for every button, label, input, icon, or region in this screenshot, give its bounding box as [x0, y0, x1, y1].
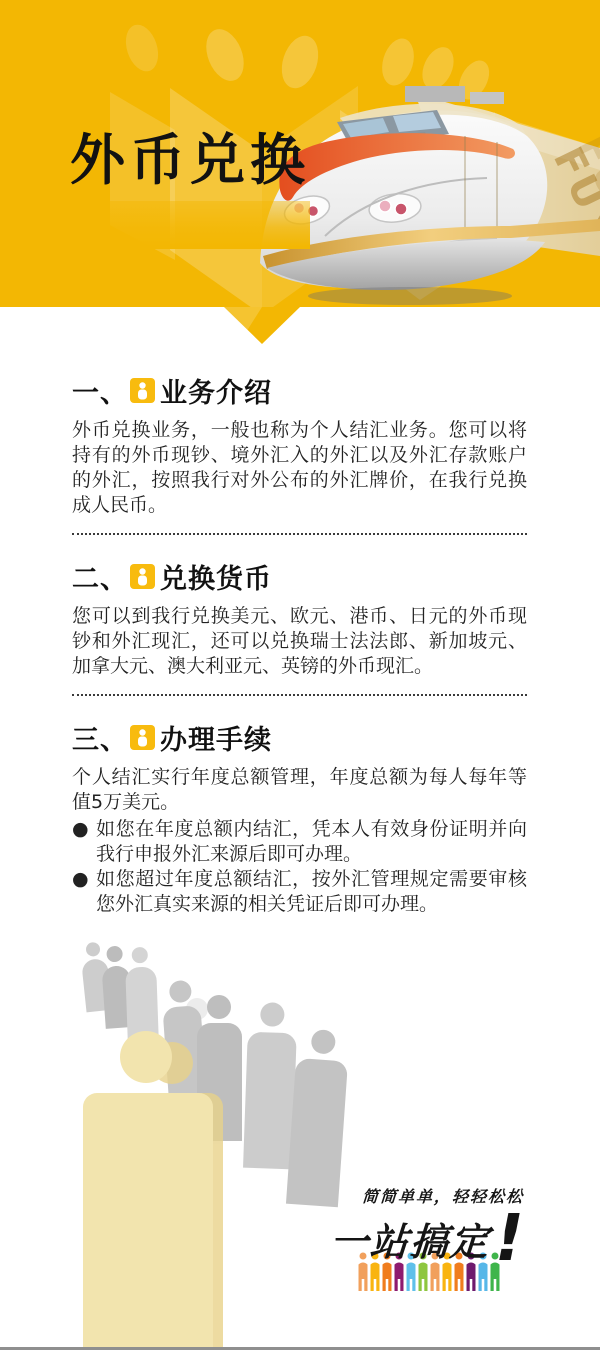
section-body: 您可以到我行兑换美元、欧元、港币、日元的外币现钞和外汇现汇，还可以兑换瑞士法法郎…	[72, 604, 527, 679]
chevron-highlight	[224, 307, 262, 337]
section-business-intro: 一、 业务介绍 外币兑换业务，一般也称为个人结汇业务。您可以将持有的外币现钞、境…	[72, 371, 527, 535]
hero-header: FUYUHAO FUYUHAO	[0, 0, 600, 307]
section-heading: 二、 兑换货币	[72, 557, 527, 596]
title-reflection: 外币兑换	[70, 201, 310, 249]
bullet-text: 如您超过年度总额结汇，按外汇管理规定需要审核您外汇真实来源的相关凭证后即可办理。	[96, 868, 527, 915]
section-title: 业务介绍	[160, 371, 272, 410]
section-number: 一、	[72, 371, 128, 410]
section-heading: 一、 业务介绍	[72, 371, 527, 410]
section-body: 外币兑换业务，一般也称为个人结汇业务。您可以将持有的外币现钞、境外汇入的外汇以及…	[72, 418, 527, 518]
page-title: 外币兑换	[70, 130, 310, 191]
section-number: 二、	[72, 557, 128, 596]
bullet-item: ● 如您在年度总额内结汇，凭本人有效身份证明并向我行申报外汇来源后即可办理。	[72, 817, 527, 867]
person-badge-icon	[130, 725, 155, 750]
bullet-text: 如您在年度总额内结汇，凭本人有效身份证明并向我行申报外汇来源后即可办理。	[96, 818, 527, 865]
person-badge-icon	[130, 564, 155, 589]
footer-tagline: 简简单单，轻轻松松 一站搞定 !	[330, 1184, 524, 1261]
bullet-dot-icon: ●	[72, 867, 89, 892]
crowd-silhouettes	[0, 935, 600, 1350]
bullet-item: ● 如您超过年度总额结汇，按外汇管理规定需要审核您外汇真实来源的相关凭证后即可办…	[72, 867, 527, 917]
dotted-divider	[72, 533, 527, 535]
section-procedures: 三、 办理手续 个人结汇实行年度总额管理，年度总额为每人每年等值5万美元。 ● …	[72, 718, 527, 917]
tagline-big: 一站搞定	[328, 1223, 491, 1261]
bullet-dot-icon: ●	[72, 817, 89, 842]
section-body: 个人结汇实行年度总额管理，年度总额为每人每年等值5万美元。	[72, 765, 527, 815]
section-currencies: 二、 兑换货币 您可以到我行兑换美元、欧元、港币、日元的外币现钞和外汇现汇，还可…	[72, 557, 527, 696]
exclamation-mark: !	[495, 1213, 524, 1265]
procedure-bullet-list: ● 如您在年度总额内结汇，凭本人有效身份证明并向我行申报外汇来源后即可办理。 ●…	[72, 817, 527, 917]
section-title: 兑换货币	[160, 557, 272, 596]
dotted-divider	[72, 694, 527, 696]
section-heading: 三、 办理手续	[72, 718, 527, 757]
section-title: 办理手续	[160, 718, 272, 757]
content-area: 一、 业务介绍 外币兑换业务，一般也称为个人结汇业务。您可以将持有的外币现钞、境…	[0, 307, 600, 917]
section-number: 三、	[72, 718, 128, 757]
banner-page: FUYUHAO FUYUHAO	[0, 0, 600, 1350]
train-illustration: FUYUHAO FUYUHAO	[255, 78, 600, 307]
person-badge-icon	[130, 378, 155, 403]
hero-clip: FUYUHAO FUYUHAO	[0, 0, 600, 307]
